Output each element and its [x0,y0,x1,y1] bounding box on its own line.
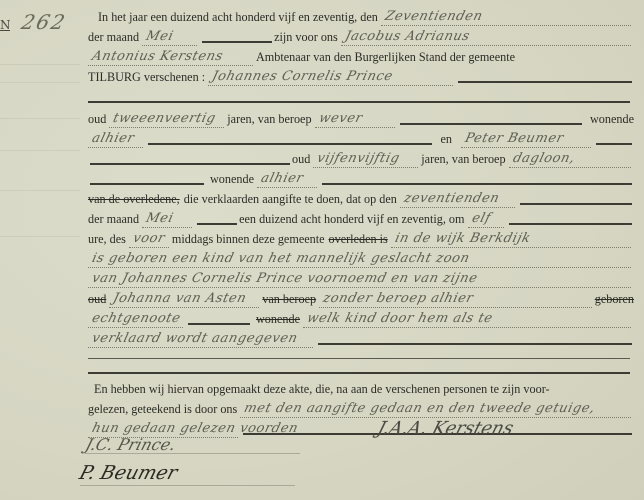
line-witness-age: oud vijfenvijftig jaren, van beroep dagl… [88,148,634,168]
handwritten-day: Zeventienden [379,10,484,25]
handwritten-spouse: echtgenoote [86,312,182,327]
line-closing-b: gelezen, geteekend is door ons met den a… [88,398,634,418]
printed-text: zijn voor ons [274,30,338,46]
struck-text: van de overledene, [88,192,180,208]
printed-text: En hebben wij hiervan opgemaakt deze akt… [94,382,550,398]
signers-field: met den aangifte gedaan en den tweede ge… [240,399,631,418]
line-closing-a: En hebben wij hiervan opgemaakt deze akt… [88,378,634,398]
signature-official: J.A.A. Kerstens [375,418,516,439]
mother-field: Johanna van Asten [109,289,259,308]
signature-line [80,485,295,486]
day-field: Zeventienden [381,7,631,26]
handwritten-father-text: van Johannes Cornelis Prince voornoemd e… [86,272,479,287]
struck-text: geboren [595,292,634,308]
line-child: is geboren een kind van het mannelijk ge… [88,248,634,268]
handwritten-month: Mei [140,30,175,45]
father-field: van Johannes Cornelis Prince voornoemd e… [88,269,631,288]
line-spouse: echtgenoote wonende welk kind door hem a… [88,308,634,328]
mother-occupation-field: zonder beroep alhier [319,289,592,308]
printed-text: gelezen, geteekend is door ons [88,402,237,418]
handwritten-am-pm: voor [127,232,166,247]
filler-dash [322,183,632,185]
margin-bleed-line [0,236,80,237]
declarant-field: Johannes Cornelis Prince [208,67,453,86]
am-pm-field: voor [129,229,169,248]
filler-dash [90,183,204,185]
spouse-field: echtgenoote [88,309,183,328]
handwritten-witness-residence: alhier [255,172,305,187]
handwritten-birth-month: Mei [140,212,175,227]
register-number-value: 262 [19,10,69,34]
birth-month-field: Mei [142,209,192,228]
struck-text: wonende [256,312,300,328]
ruled-line [88,358,630,359]
official-name-field: Jacobus Adrianus [341,27,631,46]
line-municipality: TILBURG verschenen : Johannes Cornelis P… [88,66,634,86]
printed-text: TILBURG verschenen : [88,70,205,86]
struck-text: overleden is [329,232,388,248]
handwritten-declaration: welk kind door hem als te [301,312,494,327]
margin-bleed-line [0,190,80,191]
line-residence-witness: alhier en Peter Beumer [88,128,634,148]
printed-text: Ambtenaar van den Burgerlijken Stand der… [256,50,515,66]
handwritten-declarant: Johannes Cornelis Prince [206,70,394,85]
ruled-line [88,372,630,374]
struck-text: van beroep [262,292,316,308]
printed-text: en [440,132,452,148]
witness-residence-field: alhier [257,169,317,188]
printed-text: wonende [210,172,254,188]
month-field: Mei [142,27,197,46]
handwritten-occupation: wever [313,112,364,127]
handwritten-birth-hour: elf [466,212,492,227]
line-birth-time-place: ure, des voor middags binnen deze gemeen… [88,228,634,248]
margin-bleed-line [0,82,80,83]
line-declaration: van de overledene, die verklaarden aangi… [88,188,634,208]
age-field: tweeenveertig [109,109,224,128]
filler-dash [596,143,632,145]
filler-dash [509,223,633,225]
handwritten-child-text: is geboren een kind van het mannelijk ge… [86,252,471,267]
handwritten-mother-occupation: zonder beroep alhier [317,292,475,307]
occupation-field: wever [315,109,395,128]
handwritten-mother: Johanna van Asten [107,292,248,307]
handwritten-witness-age: vijfenvijftig [311,152,401,167]
printed-text: een duizend acht honderd vijf en zeventi… [239,212,464,228]
filler-dash [197,223,237,225]
printed-text: ure, des [88,232,126,248]
ruled-line [88,101,630,103]
line-witness-residence: wonende alhier [88,168,634,188]
filler-dash [148,143,432,145]
line-declarant-age: oud tweeenveertig jaren, van beroep weve… [88,108,634,128]
handwritten-witness-occupation: dagloon, [507,152,576,167]
line-month-official: der maand Mei zijn voor ons Jacobus Adri… [88,26,634,46]
printed-text: oud [88,112,106,128]
struck-text: oud [88,292,106,308]
handwritten-age: tweeenveertig [107,112,217,127]
birth-hour-field: elf [468,209,504,228]
filler-dash [318,343,632,345]
handwritten-residence: alhier [86,132,136,147]
filler-dash [520,203,632,205]
declaration-field: welk kind door hem als te [303,309,631,328]
register-number-prefix: No [0,18,10,32]
handwritten-witness: Peter Beumer [459,132,565,147]
printed-text: wonende [590,112,634,128]
handwritten-birth-day: zeventienden [398,192,501,207]
witness-age-field: vijfenvijftig [313,149,418,168]
handwritten-birth-place: in de wijk Berkdijk [389,232,532,247]
filler-dash [202,41,272,43]
handwritten-signers: met den aangifte gedaan en den tweede ge… [238,402,596,417]
margin-bleed-line [0,118,80,119]
filler-dash [458,81,632,83]
register-number: No 262 [0,10,66,34]
line-declared: verklaard wordt aangegeven [88,328,634,348]
printed-text: oud [292,152,310,168]
line-mother: oud Johanna van Asten van beroep zonder … [88,288,634,308]
residence-field: alhier [88,129,143,148]
child-field: is geboren een kind van het mannelijk ge… [88,249,631,268]
signature-witness: P. Beumer [77,462,180,484]
printed-text: In het jaar een duizend acht honderd vij… [98,10,378,26]
line-year: In het jaar een duizend acht honderd vij… [88,6,634,26]
printed-text: jaren, van beroep [421,152,505,168]
official-surname-field: Antonius Kerstens [88,47,253,66]
handwritten-declared: verklaard wordt aangegeven [86,332,299,347]
filler-dash [400,123,582,125]
printed-text: die verklaarden aangifte te doen, dat op… [184,192,397,208]
line-birth-month: der maand Mei een duizend acht honderd v… [88,208,634,228]
printed-text: jaren, van beroep [227,112,311,128]
margin-bleed-line [0,150,80,151]
witness-field: Peter Beumer [461,129,591,148]
handwritten-official-surname: Antonius Kerstens [86,50,224,65]
margin-bleed-line [0,64,80,65]
signature-declarant: J.C. Prince. [83,435,178,454]
line-official-title: Antonius Kerstens Ambtenaar van den Burg… [88,46,634,66]
birth-place-field: in de wijk Berkdijk [391,229,631,248]
civil-record-page: No 262 In het jaar een duizend acht hond… [0,0,644,500]
filler-dash [90,163,290,165]
filler-dash [188,323,250,325]
printed-text: der maand [88,30,139,46]
birth-day-field: zeventienden [400,189,515,208]
witness-occupation-field: dagloon, [509,149,631,168]
declared-field: verklaard wordt aangegeven [88,329,313,348]
printed-text: der maand [88,212,139,228]
handwritten-official-name: Jacobus Adrianus [339,30,471,45]
line-father: van Johannes Cornelis Prince voornoemd e… [88,268,634,288]
printed-text: middags binnen deze gemeente [172,232,325,248]
